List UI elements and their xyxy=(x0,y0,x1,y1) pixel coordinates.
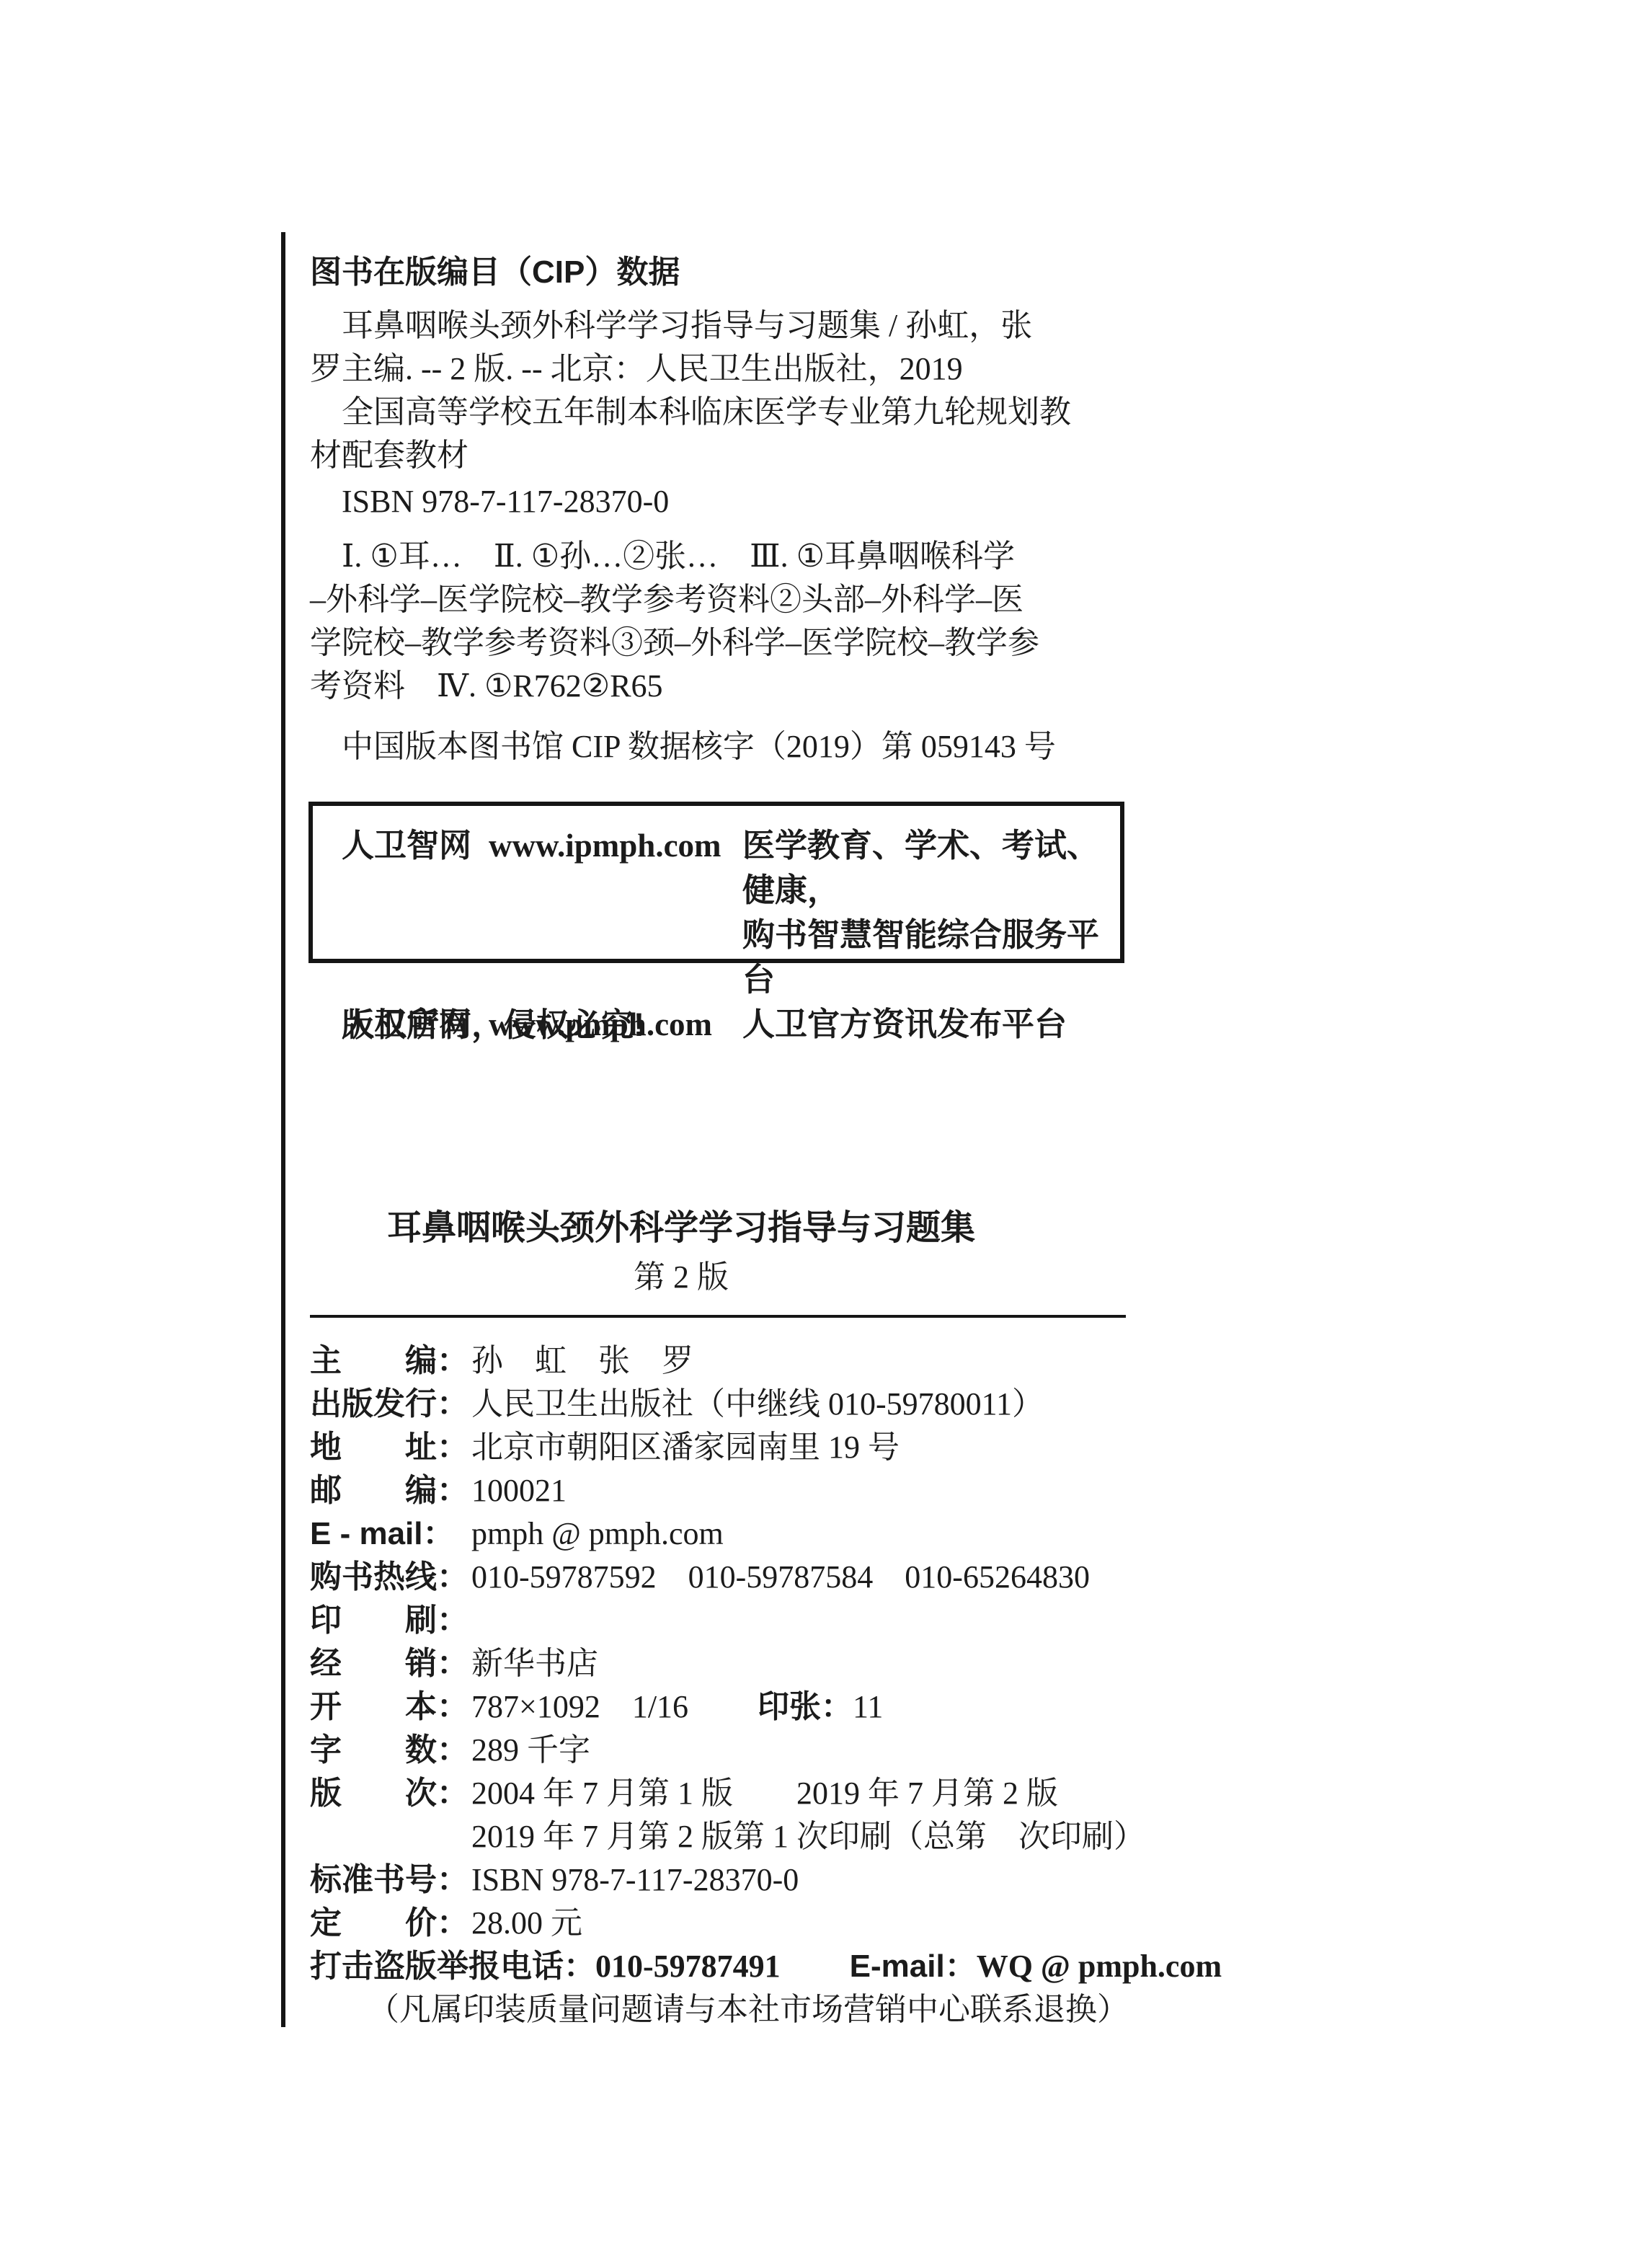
colophon-label: 购书热线： xyxy=(310,1556,471,1599)
cip-record-number: 中国版本图书馆 CIP 数据核字（2019）第 059143 号 xyxy=(310,725,1160,768)
quality-note: （凡属印装质量问题请与本社市场营销中心联系退换） xyxy=(310,1988,1319,2031)
cip-classification-line: 考资料 Ⅳ. ①R762②R65 xyxy=(310,665,1160,708)
quality-note-text: （凡属印装质量问题请与本社市场营销中心联系退换） xyxy=(368,1992,1129,2027)
edition-label: 第 2 版 xyxy=(310,1257,1052,1298)
colophon-row-edition-history: 版 次：2004 年 7 月第 1 版 2019 年 7 月第 2 版 xyxy=(310,1772,1319,1815)
colophon-row-isbn: 标准书号：ISBN 978-7-117-28370-0 xyxy=(310,1858,1319,1902)
colophon-label: 经 销： xyxy=(310,1642,471,1685)
colophon-label: 打击盗版举报电话： xyxy=(310,1945,595,1988)
cip-classification-line: Ⅰ. ①耳… Ⅱ. ①孙…②张… Ⅲ. ①耳鼻咽喉科学 xyxy=(310,535,1160,578)
colophon-label: 版 次： xyxy=(310,1772,471,1815)
colophon-row-address: 地 址：北京市朝阳区潘家园南里 19 号 xyxy=(310,1426,1319,1469)
colophon-row-hotline: 购书热线：010-59787592 010-59787584 010-65264… xyxy=(310,1556,1319,1599)
colophon-label: 邮 编： xyxy=(310,1469,471,1512)
cip-classification-line: –外科学–医学院校–教学参考资料②头部–外科学–医 xyxy=(310,578,1160,621)
colophon-value: 孙 虹 张 罗 xyxy=(471,1343,693,1378)
colophon-label: 印 刷： xyxy=(310,1599,471,1642)
colophon-value: 人民卫生出版社（中继线 010-59780011） xyxy=(471,1386,1044,1422)
colophon-row-print-run: 2019 年 7 月第 2 版第 1 次印刷（总第 次印刷） xyxy=(310,1815,1319,1858)
colophon-row-publisher: 出版发行：人民卫生出版社（中继线 010-59780011） xyxy=(310,1383,1319,1426)
publisher-platforms-box: 人卫智网 www.ipmph.com 医学教育、学术、考试、健康， 购书智慧智能… xyxy=(308,802,1124,963)
book-title: 耳鼻咽喉头颈外科学学习指导与习题集 xyxy=(310,1205,1052,1251)
cip-series-line: 全国高等学校五年制本科临床医学专业第九轮规划教 xyxy=(310,391,1160,434)
print-run-continuation: 2019 年 7 月第 2 版第 1 次印刷（总第 次印刷） xyxy=(471,1819,1145,1854)
colophon-row-postcode: 邮 编：100021 xyxy=(310,1469,1319,1512)
colophon-row-editors: 主 编：孙 虹 张 罗 xyxy=(310,1339,1319,1383)
title-block: 耳鼻咽喉头颈外科学学习指导与习题集 第 2 版 xyxy=(310,1205,1052,1298)
cip-series-line-2: 材配套教材 xyxy=(310,434,1160,477)
cip-block: 图书在版编目（CIP）数据 耳鼻咽喉头颈外科学学习指导与习题集 / 孙虹，张 罗… xyxy=(310,251,1160,768)
cip-title-line: 耳鼻咽喉头颈外科学学习指导与习题集 / 孙虹，张 xyxy=(310,304,1160,347)
colophon-label: 主 编： xyxy=(310,1339,471,1383)
platform-desc: 医学教育、学术、考试、健康， xyxy=(742,823,1120,913)
cip-publisher-line: 罗主编. -- 2 版. -- 北京：人民卫生出版社，2019 xyxy=(310,347,1160,391)
colophon-value: 2004 年 7 月第 1 版 2019 年 7 月第 2 版 xyxy=(471,1776,1058,1811)
cip-header: 图书在版编目（CIP）数据 xyxy=(310,251,1160,294)
colophon-value: 100021 xyxy=(471,1473,567,1508)
left-margin-rule xyxy=(281,232,285,2027)
colophon-row-wordcount: 字 数：289 千字 xyxy=(310,1729,1319,1772)
colophon-label-email: E-mail： xyxy=(850,1945,977,1988)
colophon-row-piracy-hotline: 打击盗版举报电话：010-59787491E-mail：WQ @ pmph.co… xyxy=(310,1945,1319,1988)
colophon-value: 北京市朝阳区潘家园南里 19 号 xyxy=(471,1430,900,1465)
colophon-label-sheets: 印张： xyxy=(758,1685,853,1729)
colophon-value: 787×1092 1/16 xyxy=(471,1689,688,1724)
colophon-value: 010-59787491 xyxy=(595,1949,781,1984)
cip-classification-line: 学院校–教学参考资料③颈–外科学–医学院校–教学参 xyxy=(310,621,1160,665)
colophon-label: 开 本： xyxy=(310,1685,471,1729)
colophon-label: 地 址： xyxy=(310,1426,471,1469)
colophon-value: 010-59787592 010-59787584 010-65264830 xyxy=(471,1559,1090,1595)
colophon-row-email: E - mail：pmph @ pmph.com xyxy=(310,1512,1319,1556)
colophon-label: 出版发行： xyxy=(310,1383,471,1426)
colophon-value: 289 千字 xyxy=(471,1732,590,1768)
colophon-row-printer: 印 刷： xyxy=(310,1599,1319,1642)
platform-url: www.ipmph.com xyxy=(489,823,742,913)
colophon-value-sheets: 11 xyxy=(853,1689,883,1724)
copyright-notice: 版权所有，侵权必究! xyxy=(310,1003,644,1047)
colophon-label: 标准书号： xyxy=(310,1858,471,1902)
colophon-label: 定 价： xyxy=(310,1902,471,1945)
colophon-row-distributor: 经 销：新华书店 xyxy=(310,1642,1319,1685)
colophon-value: 新华书店 xyxy=(471,1646,598,1681)
cip-isbn: ISBN 978-7-117-28370-0 xyxy=(310,480,1160,523)
colophon-value: pmph @ pmph.com xyxy=(471,1516,724,1551)
colophon-value: ISBN 978-7-117-28370-0 xyxy=(471,1862,799,1897)
colophon-label: 字 数： xyxy=(310,1729,471,1772)
platform-name: 人卫智网 xyxy=(342,823,489,913)
colophon-label: E - mail： xyxy=(310,1512,471,1556)
divider-rule xyxy=(310,1315,1126,1318)
platform-desc: 人卫官方资讯发布平台 xyxy=(742,1002,1120,1047)
colophon: 主 编：孙 虹 张 罗 出版发行：人民卫生出版社（中继线 010-5978001… xyxy=(310,1339,1319,2031)
colophon-value-email: WQ @ pmph.com xyxy=(977,1949,1222,1984)
colophon-row-price: 定 价：28.00 元 xyxy=(310,1902,1319,1945)
colophon-row-format: 开 本：787×1092 1/16印张：11 xyxy=(310,1685,1319,1729)
colophon-value: 28.00 元 xyxy=(471,1905,582,1941)
platform-desc-2: 购书智慧智能综合服务平台 xyxy=(742,913,1120,1002)
